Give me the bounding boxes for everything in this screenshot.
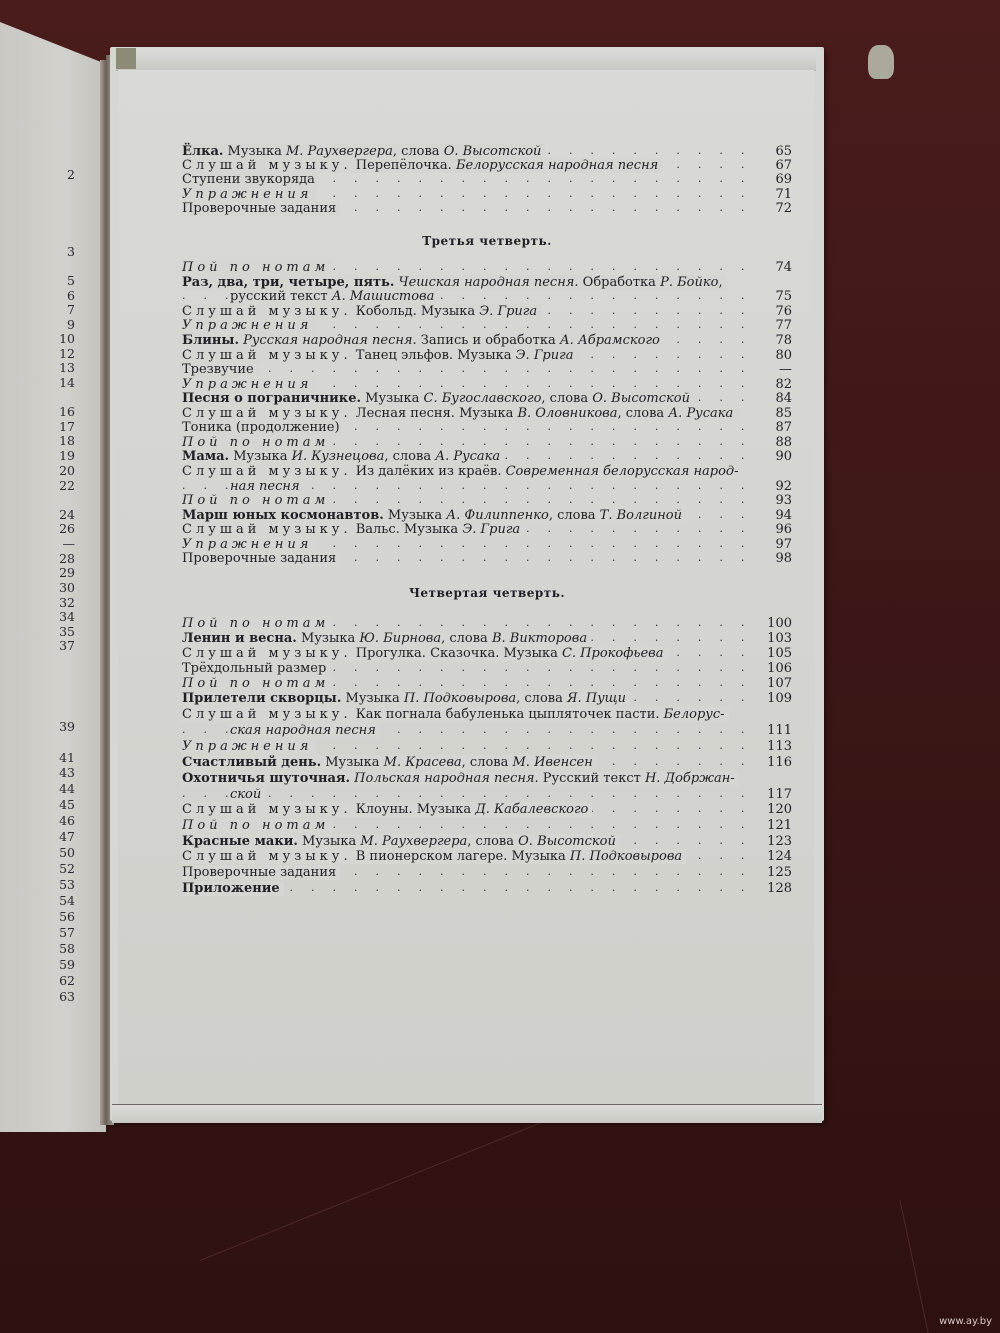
entry-text-part: Т. Волгиной (600, 508, 682, 523)
entry-text-part: А. Машистова (332, 289, 435, 304)
toc-entry: ........................................… (182, 173, 792, 187)
entry-text-part: Упражнения (182, 377, 312, 392)
page-number: 84 (752, 392, 792, 406)
entry-text-part: Я. Пущи (567, 691, 626, 706)
page-number: 100 (752, 617, 792, 631)
entry-text-part: Песня о пограничнике. (182, 391, 361, 406)
page-number: 103 (752, 632, 792, 646)
table-of-contents: ........................................… (0, 0, 1000, 1333)
entry-text-part: Музыка (223, 144, 286, 159)
entry-text-part: Вальс. Музыка (352, 522, 463, 537)
page-number: 116 (752, 756, 792, 770)
section-title: Четвертая четверть. (182, 586, 792, 600)
entry-text-part: Красные маки. (182, 834, 298, 849)
toc-entry: ........................................… (182, 523, 792, 537)
entry-text-part: Польская народная песня (354, 771, 534, 786)
entry-title: Охотничья шуточная. Польская народная пе… (182, 771, 739, 786)
entry-text-part: Пой по нотам (182, 676, 329, 691)
entry-text-part: , (718, 275, 722, 290)
toc-entry: ........................................… (182, 202, 792, 216)
entry-title: Проверочные задания (182, 551, 340, 566)
entry-text-part: , слова (393, 144, 444, 159)
entry-title: Слушай музыку. Вальс. Музыка Э. Грига (182, 522, 524, 537)
entry-title: Марш юных космонавтов. Музыка А. Филиппе… (182, 508, 686, 523)
entry-title: Упражнения (182, 318, 316, 333)
toc-entry: ........................................… (182, 363, 792, 377)
entry-title: Упражнения (182, 187, 316, 202)
entry-text-part: Мама. (182, 449, 229, 464)
entry-text-part: М. Красева (384, 755, 462, 770)
toc-entry: ........................................… (182, 392, 792, 406)
page-number: 98 (752, 552, 792, 566)
page-number: — (752, 363, 792, 377)
entry-text-part: Белорусская народная песня (456, 158, 658, 173)
entry-title: Слушай музыку. В пионерском лагере. Музы… (182, 849, 686, 864)
toc-entry: ........................................… (182, 552, 792, 566)
entry-text-part: Слушай музыку. (182, 158, 352, 173)
entry-text-part: Раз, два, три, четыре, пять. (182, 275, 394, 290)
entry-text-part: С. Прокофьева (562, 646, 664, 661)
entry-text-part: А. Русака (435, 449, 500, 464)
entry-text-part: В. Оловникова (517, 406, 617, 421)
entry-text-part: Пой по нотам (182, 616, 329, 631)
entry-text-part: В. Викторова (492, 631, 587, 646)
page-number: 94 (752, 509, 792, 523)
entry-title: ная песня (230, 479, 304, 494)
entry-title: ская народная песня (230, 723, 380, 738)
toc-entry: ........................................… (182, 421, 792, 435)
entry-title: Слушай музыку. Клоуны. Музыка Д. Кабалев… (182, 802, 592, 817)
page-number: 121 (752, 819, 792, 833)
dot-leader: ........................................ (182, 362, 748, 376)
toc-entry: Раз, два, три, четыре, пять. Чешская нар… (182, 276, 792, 290)
page-number: 72 (752, 202, 792, 216)
entry-title: Раз, два, три, четыре, пять. Чешская нар… (182, 275, 727, 290)
page-number: 117 (752, 788, 792, 802)
entry-text-part: Упражнения (182, 187, 312, 202)
entry-text-part: Музыка (229, 449, 292, 464)
entry-text-part: Как погнала бабуленька цыпляточек пасти. (352, 707, 664, 722)
toc-entry: ........................................… (182, 509, 792, 523)
entry-text-part: Упражнения (182, 739, 312, 754)
entry-title: Слушай музыку. Из далёких из краёв. Совр… (182, 464, 743, 479)
entry-title: Слушай музыку. Перепёлочка. Белорусская … (182, 158, 662, 173)
toc-entry: Слушай музыку. Из далёких из краёв. Совр… (182, 465, 792, 479)
page-number: 88 (752, 436, 792, 450)
toc-entry: ........................................… (182, 740, 792, 754)
entry-text-part: Клоуны. Музыка (352, 802, 476, 817)
page-number: 105 (752, 647, 792, 661)
entry-title: Пой по нотам (182, 616, 333, 631)
page-number: 80 (752, 349, 792, 363)
entry-text-part: П. Подковырова (570, 849, 682, 864)
toc-entry: ........................................… (182, 662, 792, 676)
toc-entry: ........................................… (182, 835, 792, 849)
page-number: 96 (752, 523, 792, 537)
toc-entry: ........................................… (182, 850, 792, 864)
entry-text-part: Проверочные задания (182, 865, 336, 880)
entry-title: Ступени звукоряда (182, 172, 319, 187)
entry-text-part: Современная белорусская народ- (506, 464, 739, 479)
toc-entry: Слушай музыку. Лесная песня. Музыка В. О… (182, 407, 792, 421)
toc-entry: ........................................… (182, 677, 792, 691)
entry-text-part: В пионерском лагере. Музыка (352, 849, 570, 864)
entry-title: Мама. Музыка И. Кузнецова, слова А. Руса… (182, 449, 504, 464)
entry-text-part: Д. Кабалевского (475, 802, 588, 817)
page-number: 75 (752, 290, 792, 304)
entry-title: Трезвучие (182, 362, 258, 377)
entry-text-part: , слова (549, 508, 600, 523)
toc-entry: ........................................… (182, 788, 792, 802)
entry-text-part: Слушай музыку. (182, 802, 352, 817)
entry-text-part: А. Филиппенко (446, 508, 549, 523)
entry-text-part: русский текст (230, 289, 332, 304)
page-number: 69 (752, 173, 792, 187)
entry-title: Пой по нотам (182, 435, 333, 450)
entry-text-part: Ю. Бирнова (359, 631, 441, 646)
entry-text-part: . Обработка (574, 275, 660, 290)
entry-text-part: О. Высотской (518, 834, 616, 849)
entry-text-part: Проверочные задания (182, 201, 336, 216)
entry-text-part: Перепёлочка. (352, 158, 456, 173)
toc-entry: ........................................… (182, 632, 792, 646)
entry-text-part: О. Высотской (444, 144, 542, 159)
entry-text-part: . Русский текст (535, 771, 645, 786)
entry-text-part: Приложение (182, 881, 280, 896)
entry-title: Пой по нотам (182, 260, 333, 275)
page-number: 106 (752, 662, 792, 676)
page-number: 74 (752, 261, 792, 275)
entry-title: Пой по нотам (182, 676, 333, 691)
toc-entry: ........................................… (182, 378, 792, 392)
entry-text-part: Музыка (297, 631, 360, 646)
entry-text-part: Упражнения (182, 537, 312, 552)
entry-text-part: Тоника (продолжение) (182, 420, 340, 435)
page-number: 109 (752, 692, 792, 706)
entry-title: Слушай музыку. Танец эльфов. Музыка Э. Г… (182, 348, 577, 363)
entry-text-part: Ступени звукоряда (182, 172, 315, 187)
toc-entry: ........................................… (182, 305, 792, 319)
toc-entry: ........................................… (182, 480, 792, 494)
entry-title: русский текст А. Машистова (230, 289, 438, 304)
entry-title: Приложение (182, 881, 284, 896)
page-number: 82 (752, 378, 792, 392)
entry-title: Песня о пограничнике. Музыка С. Бугослав… (182, 391, 694, 406)
entry-text-part: ской (230, 787, 261, 802)
entry-text-part: Музыка (384, 508, 447, 523)
toc-entry: ........................................… (182, 866, 792, 880)
entry-text-part: Танец эльфов. Музыка (352, 348, 516, 363)
entry-text-part: А. Русака (668, 406, 733, 421)
toc-entry: ........................................… (182, 538, 792, 552)
entry-title: Упражнения (182, 537, 316, 552)
entry-text-part: , слова (384, 449, 435, 464)
entry-text-part: Э. Грига (516, 348, 574, 363)
toc-entry: ........................................… (182, 290, 792, 304)
page-number: 124 (752, 850, 792, 864)
entry-title: Ёлка. Музыка М. Раухвергера, слова О. Вы… (182, 144, 545, 159)
page-number: 65 (752, 145, 792, 159)
entry-text-part: Марш юных космонавтов. (182, 508, 384, 523)
entry-text-part: С. Бугославского (424, 391, 542, 406)
toc-entry: ........................................… (182, 145, 792, 159)
entry-text-part: Пой по нотам (182, 260, 329, 275)
entry-title: Пой по нотам (182, 493, 333, 508)
toc-entry: ........................................… (182, 882, 792, 896)
entry-text-part: ская народная песня (230, 723, 376, 738)
entry-text-part: О. Высотской (592, 391, 690, 406)
entry-title: Слушай музыку. Кобольд. Музыка Э. Грига (182, 304, 541, 319)
toc-entry: Охотничья шуточная. Польская народная пе… (182, 772, 792, 786)
entry-title: Упражнения (182, 739, 316, 754)
entry-text-part: , слова (516, 691, 567, 706)
entry-text-part: Из далёких из краёв. (352, 464, 506, 479)
toc-entry: ........................................… (182, 450, 792, 464)
entry-text-part: , слова (467, 834, 518, 849)
page-number: 87 (752, 421, 792, 435)
entry-title: Слушай музыку. Прогулка. Сказочка. Музык… (182, 646, 668, 661)
page-number: 120 (752, 803, 792, 817)
entry-text-part: Блины. (182, 333, 239, 348)
section-title: Третья четверть. (182, 234, 792, 248)
page-number: 111 (752, 724, 792, 738)
page-number: 128 (752, 882, 792, 896)
entry-text-part: Прилетели скворцы. (182, 691, 341, 706)
entry-text-part: Слушай музыку. (182, 707, 352, 722)
entry-text-part: . Запись и обработка (413, 333, 560, 348)
dot-leader: ........................................ (182, 787, 748, 801)
entry-text-part: Пой по нотам (182, 818, 329, 833)
page-number: 92 (752, 480, 792, 494)
watermark: www.ay.by (939, 1316, 992, 1327)
entry-text-part: Музыка (361, 391, 424, 406)
entry-text-part: Музыка (298, 834, 361, 849)
entry-text-part: Пой по нотам (182, 435, 329, 450)
toc-entry: ........................................… (182, 803, 792, 817)
toc-entry: ........................................… (182, 349, 792, 363)
entry-text-part: Чешская народная песня (399, 275, 575, 290)
entry-text-part: Упражнения (182, 318, 312, 333)
entry-title: Трёхдольный размер (182, 661, 330, 676)
toc-entry: ........................................… (182, 436, 792, 450)
entry-text-part: Охотничья шуточная. (182, 771, 350, 786)
toc-entry: ........................................… (182, 319, 792, 333)
entry-text-part: , слова (617, 406, 668, 421)
entry-title: Тоника (продолжение) (182, 420, 344, 435)
entry-text-part: Кобольд. Музыка (352, 304, 480, 319)
toc-entry: ........................................… (182, 819, 792, 833)
page-number: 90 (752, 450, 792, 464)
page-number: 67 (752, 159, 792, 173)
entry-text-part: Слушай музыку. (182, 522, 352, 537)
page-number: 125 (752, 866, 792, 880)
page-number: 71 (752, 188, 792, 202)
entry-text-part: Музыка (341, 691, 404, 706)
entry-text-part: , слова (462, 755, 513, 770)
page-number: 85 (752, 407, 792, 421)
entry-title: Слушай музыку. Лесная песня. Музыка В. О… (182, 406, 737, 421)
entry-text-part: М. Раухвергера (360, 834, 467, 849)
entry-text-part: А. Абрамского (560, 333, 660, 348)
entry-text-part: Прогулка. Сказочка. Музыка (352, 646, 562, 661)
entry-text-part: М. Раухвергера (286, 144, 393, 159)
page-number: 97 (752, 538, 792, 552)
entry-text-part: Слушай музыку. (182, 646, 352, 661)
entry-title: ской (230, 787, 265, 802)
entry-text-part: Пой по нотам (182, 493, 329, 508)
entry-text-part: Лесная песня. Музыка (352, 406, 518, 421)
toc-entry: Слушай музыку. Как погнала бабуленька цы… (182, 708, 792, 722)
page-number: 77 (752, 319, 792, 333)
entry-text-part: И. Кузнецова (292, 449, 385, 464)
entry-text-part: Слушай музыку. (182, 304, 352, 319)
toc-entry: ........................................… (182, 334, 792, 348)
entry-title: Проверочные задания (182, 865, 340, 880)
entry-text-part: ная песня (230, 479, 300, 494)
entry-title: Прилетели скворцы. Музыка П. Подковырова… (182, 691, 630, 706)
entry-title: Проверочные задания (182, 201, 340, 216)
toc-entry: ........................................… (182, 494, 792, 508)
page-number: 78 (752, 334, 792, 348)
page-number: 107 (752, 677, 792, 691)
toc-entry: ........................................… (182, 617, 792, 631)
entry-text-part: Ёлка. (182, 144, 223, 159)
entry-text-part: Р. Бойко (660, 275, 718, 290)
entry-text-part: Русская народная песня (243, 333, 412, 348)
entry-text-part: Э. Грига (462, 522, 520, 537)
toc-entry: ........................................… (182, 647, 792, 661)
entry-text-part: Слушай музыку. (182, 849, 352, 864)
entry-text-part: Белорус- (664, 707, 725, 722)
entry-title: Упражнения (182, 377, 316, 392)
entry-title: Красные маки. Музыка М. Раухвергера, сло… (182, 834, 620, 849)
entry-title: Слушай музыку. Как погнала бабуленька цы… (182, 707, 729, 722)
entry-title: Пой по нотам (182, 818, 333, 833)
entry-text-part: Ленин и весна. (182, 631, 297, 646)
entry-title: Блины. Русская народная песня. Запись и … (182, 333, 664, 348)
entry-text-part: , слова (541, 391, 592, 406)
entry-text-part: Слушай музыку. (182, 348, 352, 363)
entry-title: Ленин и весна. Музыка Ю. Бирнова, слова … (182, 631, 591, 646)
entry-text-part: Трёхдольный размер (182, 661, 326, 676)
toc-entry: ........................................… (182, 692, 792, 706)
toc-entry: ........................................… (182, 159, 792, 173)
entry-text-part: Слушай музыку. (182, 464, 352, 479)
entry-text-part: Трезвучие (182, 362, 254, 377)
entry-text-part: Э. Грига (479, 304, 537, 319)
toc-entry: ........................................… (182, 724, 792, 738)
toc-entry: ........................................… (182, 188, 792, 202)
entry-text-part: Слушай музыку. (182, 406, 352, 421)
page-number: 113 (752, 740, 792, 754)
entry-text-part: Музыка (321, 755, 384, 770)
entry-text-part: Проверочные задания (182, 551, 336, 566)
page-number: 93 (752, 494, 792, 508)
entry-text-part: Счастливый день. (182, 755, 321, 770)
page-number: 76 (752, 305, 792, 319)
toc-entry: ........................................… (182, 261, 792, 275)
entry-title: Счастливый день. Музыка М. Красева, слов… (182, 755, 597, 770)
entry-text-part: Н. Добржан- (645, 771, 735, 786)
entry-text-part: М. Ивенсен (513, 755, 593, 770)
entry-text-part: П. Подковырова (404, 691, 516, 706)
page-number: 123 (752, 835, 792, 849)
entry-text-part: , слова (441, 631, 492, 646)
toc-entry: ........................................… (182, 756, 792, 770)
